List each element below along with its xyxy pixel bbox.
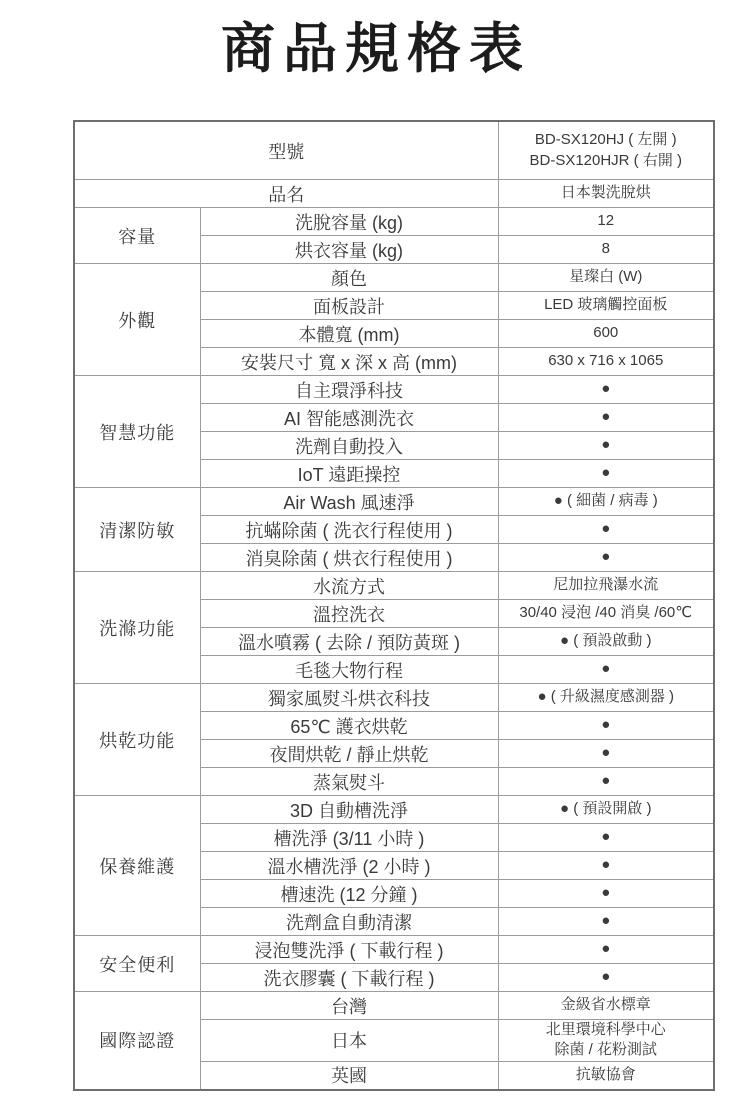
feature-cell: 夜間烘乾 / 靜止烘乾 — [200, 740, 498, 768]
value-cell: ● — [498, 460, 714, 488]
value-cell: ● — [498, 432, 714, 460]
spec-row: 洗滌功能水流方式尼加拉飛瀑水流 — [74, 572, 714, 600]
value-line: ● — [502, 939, 711, 959]
value-line: ● — [502, 911, 711, 931]
feature-cell: 自主環淨科技 — [200, 376, 498, 404]
value-line: ● — [502, 967, 711, 987]
value-line: ● — [502, 519, 711, 539]
feature-cell: 面板設計 — [200, 292, 498, 320]
value-cell: ● — [498, 768, 714, 796]
category-cell: 容量 — [74, 208, 200, 264]
value-cell: ● — [498, 740, 714, 768]
feature-cell: 獨家風熨斗烘衣科技 — [200, 684, 498, 712]
spec-table: 型號BD-SX120HJ ( 左開 )BD-SX120HJR ( 右開 )品名日… — [73, 120, 715, 1091]
feature-cell: 洗脫容量 (kg) — [200, 208, 498, 236]
spec-row: 容量洗脫容量 (kg)12 — [74, 208, 714, 236]
spec-row: 國際認證台灣金級省水標章 — [74, 992, 714, 1020]
feature-cell: 槽速洗 (12 分鐘 ) — [200, 880, 498, 908]
value-cell: ● — [498, 404, 714, 432]
feature-cell: 洗劑盒自動清潔 — [200, 908, 498, 936]
value-line: ● — [502, 855, 711, 875]
value-cell: ● — [498, 656, 714, 684]
feature-cell: 顏色 — [200, 264, 498, 292]
value-line: BD-SX120HJ ( 左開 ) — [502, 130, 711, 150]
value-cell: 600 — [498, 320, 714, 348]
value-line: ● — [502, 379, 711, 399]
spec-row: 型號BD-SX120HJ ( 左開 )BD-SX120HJR ( 右開 ) — [74, 121, 714, 180]
value-line: ● — [502, 407, 711, 427]
value-line: BD-SX120HJR ( 右開 ) — [502, 151, 711, 171]
value-line: ● — [502, 883, 711, 903]
feature-cell: 洗劑自動投入 — [200, 432, 498, 460]
value-line: ● — [502, 435, 711, 455]
value-line: 12 — [502, 211, 711, 231]
value-line: 星璨白 (W) — [502, 267, 711, 287]
spec-row: 智慧功能自主環淨科技● — [74, 376, 714, 404]
feature-cell: 安裝尺寸 寬 x 深 x 高 (mm) — [200, 348, 498, 376]
value-cell: ● — [498, 936, 714, 964]
feature-cell: 消臭除菌 ( 烘衣行程使用 ) — [200, 544, 498, 572]
value-cell: BD-SX120HJ ( 左開 )BD-SX120HJR ( 右開 ) — [498, 121, 714, 180]
value-cell: ● — [498, 880, 714, 908]
value-line: 600 — [502, 323, 711, 343]
value-line: 8 — [502, 239, 711, 259]
category-cell: 清潔防敏 — [74, 488, 200, 572]
feature-cell: 溫水槽洗淨 (2 小時 ) — [200, 852, 498, 880]
value-line: LED 玻璃觸控面板 — [502, 295, 711, 315]
value-cell: ● — [498, 964, 714, 992]
value-line: ● — [502, 827, 711, 847]
value-cell: ● — [498, 852, 714, 880]
spec-table-grid: 型號BD-SX120HJ ( 左開 )BD-SX120HJR ( 右開 )品名日… — [73, 120, 715, 1091]
feature-cell: 3D 自動槽洗淨 — [200, 796, 498, 824]
feature-cell: 水流方式 — [200, 572, 498, 600]
value-cell: 抗敏協會 — [498, 1061, 714, 1090]
spec-row: 清潔防敏Air Wash 風速淨● ( 細菌 / 病毒 ) — [74, 488, 714, 516]
feature-cell: 洗衣膠囊 ( 下載行程 ) — [200, 964, 498, 992]
row-label: 品名 — [74, 180, 498, 208]
value-line: ● — [502, 547, 711, 567]
value-line: 尼加拉飛瀑水流 — [502, 575, 711, 595]
feature-cell: 浸泡雙洗淨 ( 下載行程 ) — [200, 936, 498, 964]
category-cell: 國際認證 — [74, 992, 200, 1090]
value-cell: ● — [498, 908, 714, 936]
feature-cell: 溫控洗衣 — [200, 600, 498, 628]
value-line: 北里環境科學中心 — [502, 1020, 711, 1040]
value-cell: 星璨白 (W) — [498, 264, 714, 292]
value-line: 抗敏協會 — [502, 1065, 711, 1085]
value-line: ● — [502, 771, 711, 791]
value-cell: ● — [498, 824, 714, 852]
value-cell: ● ( 細菌 / 病毒 ) — [498, 488, 714, 516]
page-title: 商品規格表 — [0, 18, 752, 80]
feature-cell: AI 智能感測洗衣 — [200, 404, 498, 432]
feature-cell: 日本 — [200, 1020, 498, 1062]
value-cell: 金級省水標章 — [498, 992, 714, 1020]
feature-cell: 烘衣容量 (kg) — [200, 236, 498, 264]
value-cell: ● — [498, 544, 714, 572]
value-cell: 630 x 716 x 1065 — [498, 348, 714, 376]
feature-cell: 本體寬 (mm) — [200, 320, 498, 348]
value-line: ● ( 升級濕度感測器 ) — [502, 687, 711, 707]
spec-row: 外觀顏色星璨白 (W) — [74, 264, 714, 292]
value-cell: ● ( 預設開啟 ) — [498, 796, 714, 824]
value-cell: 尼加拉飛瀑水流 — [498, 572, 714, 600]
feature-cell: 蒸氣熨斗 — [200, 768, 498, 796]
value-cell: 北里環境科學中心除菌 / 花粉測試 — [498, 1020, 714, 1062]
value-cell: ● — [498, 376, 714, 404]
value-cell: 日本製洗脫烘 — [498, 180, 714, 208]
value-line: 630 x 716 x 1065 — [502, 351, 711, 371]
value-line: ● — [502, 463, 711, 483]
feature-cell: 槽洗淨 (3/11 小時 ) — [200, 824, 498, 852]
feature-cell: 溫水噴霧 ( 去除 / 預防黃斑 ) — [200, 628, 498, 656]
value-cell: 30/40 浸泡 /40 消臭 /60℃ — [498, 600, 714, 628]
feature-cell: 英國 — [200, 1061, 498, 1090]
value-cell: 12 — [498, 208, 714, 236]
feature-cell: 抗蟎除菌 ( 洗衣行程使用 ) — [200, 516, 498, 544]
feature-cell: Air Wash 風速淨 — [200, 488, 498, 516]
value-line: ● ( 細菌 / 病毒 ) — [502, 491, 711, 511]
value-line: 30/40 浸泡 /40 消臭 /60℃ — [502, 603, 711, 623]
value-line: ● — [502, 715, 711, 735]
feature-cell: 65℃ 護衣烘乾 — [200, 712, 498, 740]
category-cell: 保養維護 — [74, 796, 200, 936]
value-cell: LED 玻璃觸控面板 — [498, 292, 714, 320]
spec-row: 品名日本製洗脫烘 — [74, 180, 714, 208]
spec-row: 保養維護3D 自動槽洗淨● ( 預設開啟 ) — [74, 796, 714, 824]
value-cell: ● — [498, 712, 714, 740]
spec-row: 安全便利浸泡雙洗淨 ( 下載行程 )● — [74, 936, 714, 964]
feature-cell: 毛毯大物行程 — [200, 656, 498, 684]
category-cell: 外觀 — [74, 264, 200, 376]
category-cell: 安全便利 — [74, 936, 200, 992]
category-cell: 洗滌功能 — [74, 572, 200, 684]
spec-table-body: 型號BD-SX120HJ ( 左開 )BD-SX120HJR ( 右開 )品名日… — [74, 121, 714, 1090]
category-cell: 烘乾功能 — [74, 684, 200, 796]
feature-cell: IoT 遠距操控 — [200, 460, 498, 488]
value-line: ● — [502, 659, 711, 679]
value-line: ● ( 預設開啟 ) — [502, 799, 711, 819]
row-label: 型號 — [74, 121, 498, 180]
spec-row: 烘乾功能獨家風熨斗烘衣科技● ( 升級濕度感測器 ) — [74, 684, 714, 712]
value-line: ● — [502, 743, 711, 763]
value-line: ● ( 預設啟動 ) — [502, 631, 711, 651]
value-cell: 8 — [498, 236, 714, 264]
value-cell: ● ( 預設啟動 ) — [498, 628, 714, 656]
value-cell: ● ( 升級濕度感測器 ) — [498, 684, 714, 712]
value-line: 金級省水標章 — [502, 995, 711, 1015]
value-line: 除菌 / 花粉測試 — [502, 1040, 711, 1060]
value-line: 日本製洗脫烘 — [502, 183, 711, 203]
category-cell: 智慧功能 — [74, 376, 200, 488]
feature-cell: 台灣 — [200, 992, 498, 1020]
value-cell: ● — [498, 516, 714, 544]
